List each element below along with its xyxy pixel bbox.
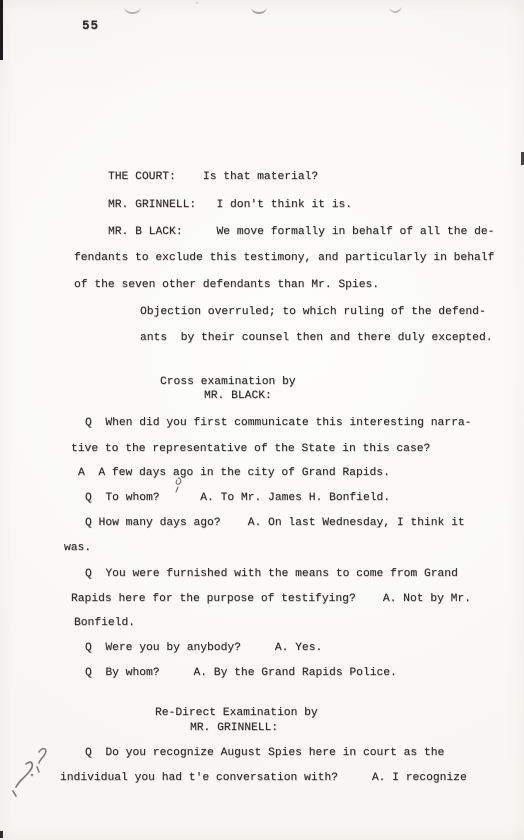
text-line: individual you had t'e conversation with… <box>60 772 467 785</box>
text-line: Q To whom? A. To Mr. James H. Bonfield. <box>85 492 390 505</box>
text-line: Q By whom? A. By the Grand Rapids Police… <box>85 667 397 680</box>
text-line: was. <box>64 542 91 555</box>
text-line: fendants to exclude this testimony, and … <box>74 252 494 265</box>
text-line: Bonfield. <box>74 617 135 630</box>
text-line: MR. GRINNELL: <box>190 722 278 735</box>
text-line: Q You were furnished with the means to c… <box>85 568 458 581</box>
text-line: Q Were you by anybody? A. Yes. <box>85 642 322 655</box>
text-line: MR. B LACK: We move formally in behalf o… <box>108 226 494 239</box>
scan-smudge-artifact <box>251 7 267 14</box>
text-line: Cross examination by <box>160 376 296 389</box>
text-line: ants by their counsel then and there dul… <box>140 332 493 345</box>
text-line: Q How many days ago? A. On last Wednesda… <box>85 517 465 530</box>
text-line: Q When did you first communicate this in… <box>85 417 471 430</box>
text-line: Objection overruled; to which ruling of … <box>140 306 486 319</box>
text-line: tive to the representative of the State … <box>71 443 430 456</box>
text-line: of the seven other defendants than Mr. S… <box>74 279 379 292</box>
text-line: Rapids here for the purpose of testifyin… <box>71 593 471 606</box>
scan-smudge-artifact <box>389 5 403 13</box>
scanned-transcript-page: 55 THE COURT: Is that material?MR. GRINN… <box>0 0 524 840</box>
scan-edge-artifact-bottom-left <box>0 831 3 838</box>
scan-speck-artifact <box>196 2 198 4</box>
page-number: 55 <box>82 19 99 33</box>
text-line: MR. GRINNELL: I don't think it is. <box>108 199 352 212</box>
text-line: A A few days ago in the city of Grand Ra… <box>78 467 390 480</box>
text-line: THE COURT: Is that material? <box>108 171 318 184</box>
text-line: Q Do you recognize August Spies here in … <box>85 747 444 760</box>
text-line: Re-Direct Examination by <box>155 707 318 720</box>
scan-smudge-artifact <box>124 7 141 14</box>
scan-edge-artifact-top-left <box>0 0 3 60</box>
text-line: MR. BLACK: <box>204 390 272 403</box>
